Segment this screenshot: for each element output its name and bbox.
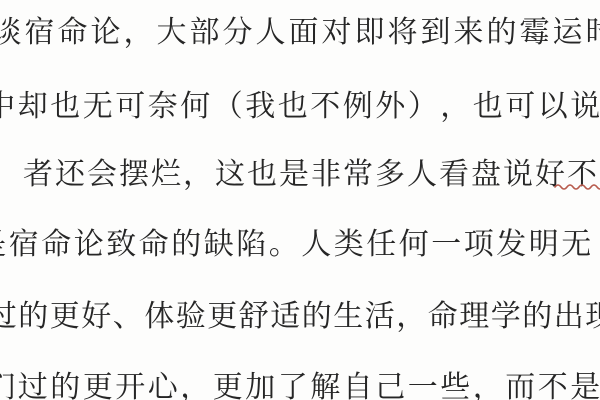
spellcheck-squiggle-icon xyxy=(555,182,600,190)
text-line-3: 者还会摆烂，这也是非常多人看盘说好不 xyxy=(22,155,598,195)
text-line-5: 过的更好、体验更舒适的生活，命理学的出现 xyxy=(0,297,600,337)
squiggle-path xyxy=(555,185,600,189)
text-line-6: 们过的更开心，更加了解自己一些，而不是 xyxy=(0,368,600,400)
document-page: 谈宿命论，大部分人面对即将到来的霉运时 中却也无可奈何（我也不例外），也可以说 … xyxy=(0,0,600,400)
text-line-1: 谈宿命论，大部分人面对即将到来的霉运时 xyxy=(0,13,600,53)
text-line-4: 是宿命论致命的缺陷。人类任何一项发明无 xyxy=(0,225,593,265)
text-line-2: 中却也无可奈何（我也不例外），也可以说 xyxy=(0,87,600,127)
